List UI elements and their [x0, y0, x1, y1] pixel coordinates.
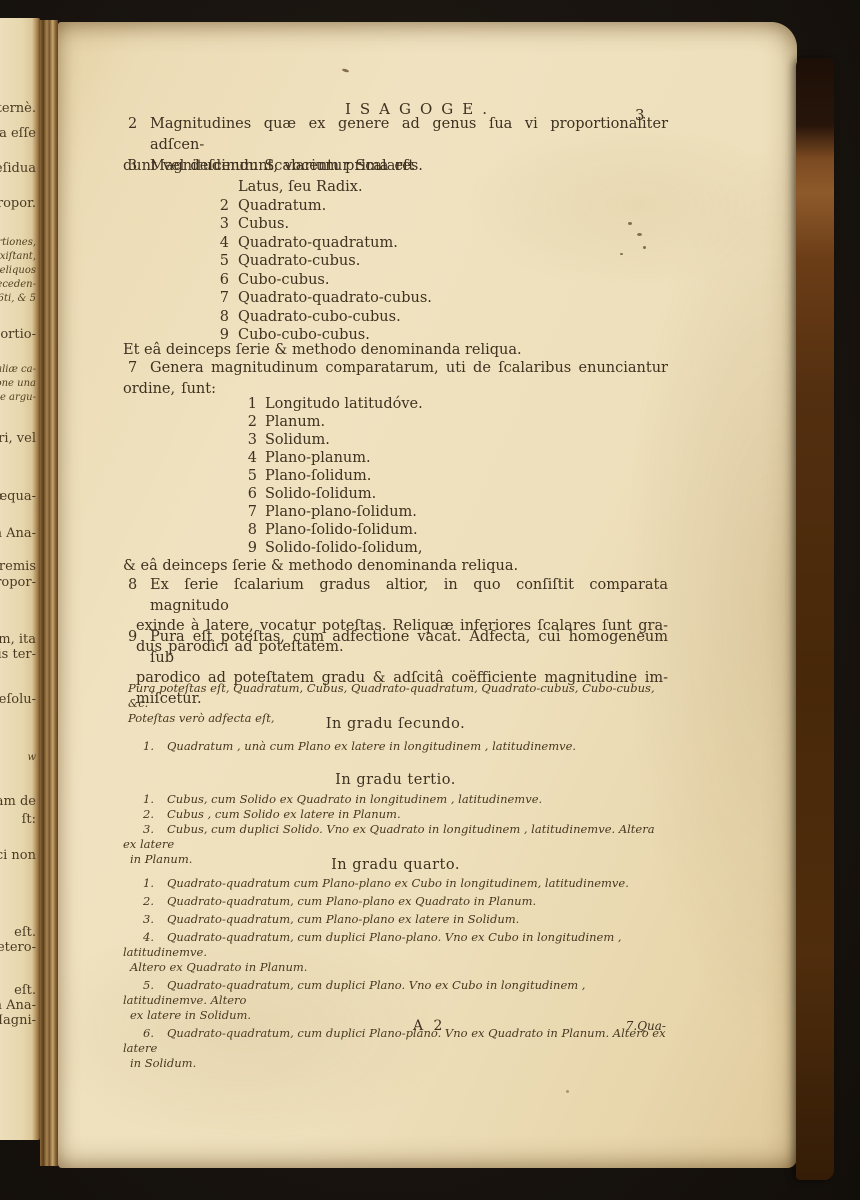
genera-magnitudes-list: 1Longitudo latitudóve. 2Planum. 3Solidum…: [123, 395, 668, 557]
marginalia: & alternè. , tota eſſe r, reſidua ſe pro…: [0, 0, 39, 1200]
marginal-note-fragment: iſtum aliæ ca-: [0, 364, 36, 375]
list-item: Latus, ſeu Radix.: [215, 178, 668, 197]
marginal-note-fragment: quoque argu-: [0, 392, 36, 403]
marginal-note-fragment: li hetero-: [0, 941, 36, 955]
scalar-magnitudes-list: Latus, ſeu Radix. 2Quadratum. 3Cubus. 4Q…: [123, 178, 668, 345]
paragraph-number: 9: [128, 627, 137, 648]
marginal-note-fragment: eſt.: [14, 984, 36, 998]
series-closing-line: & eâ deinceps ſerie & methodo denominand…: [123, 556, 518, 577]
list-item: 4Quadrato-quadratum.: [215, 234, 668, 253]
marginal-note-fragment: noſci non: [0, 849, 36, 863]
text-column: ISAGOGE. 3 2Magnitudines quæ ex genere a…: [123, 22, 668, 1168]
marginal-note-fragment: emis ter-: [0, 648, 36, 662]
marginal-note-fragment: diviſione una: [0, 378, 36, 389]
gradu-item: 1.Quadrato-quadratum cum Plano-plano ex …: [123, 876, 668, 891]
list-item: 7Quadrato-quadrato-cubus.: [215, 289, 668, 308]
list-item: 3Solidum.: [245, 431, 668, 449]
marginal-note-fragment: eſt.: [14, 926, 36, 940]
marginal-note-fragment: tari, vel: [0, 432, 36, 446]
marginal-note-fragment: ſt:: [22, 813, 36, 827]
paragraph-number: 2: [128, 114, 137, 135]
marginal-note-fragment: r, reſidua: [0, 162, 36, 176]
list-item: 5Quadrato-cubus.: [215, 252, 668, 271]
paragraph-3: 3Magnitudinum Scalarium prima eſt: [123, 156, 668, 177]
list-item: 6Solido-ſolidum.: [245, 485, 668, 503]
marginal-note-fragment: dem exiſtant,: [0, 251, 36, 262]
paragraph-line: Genera magnitudinum comparatarum, uti de…: [150, 360, 668, 376]
paragraph-number: 3: [128, 156, 137, 177]
marginal-note-fragment: libri 6ti, & 5: [0, 293, 36, 304]
list-item: 8Plano-ſolido-ſolidum.: [245, 521, 668, 539]
gradu-item: 1.Quadratum , unà cum Plano ex latere in…: [123, 739, 668, 754]
marginal-note-fragment: , & reliquos: [0, 265, 36, 276]
book-page: ISAGOGE. 3 2Magnitudines quæ ex genere a…: [58, 22, 797, 1168]
paragraph-number: 7: [128, 358, 137, 379]
gradu-secundo-items: 1.Quadratum , unà cum Plano ex latere in…: [123, 739, 668, 754]
marginal-note-fragment: in Ana-: [0, 527, 36, 541]
paragraph-line: Magnitudines quæ ex genere ad genus ſua …: [150, 116, 668, 153]
marginal-note-fragment: m anteceden-: [0, 279, 36, 290]
marginal-note-fragment: proportiones,: [0, 237, 36, 248]
marginal-note-fragment: extremis: [0, 560, 36, 574]
paragraph-7: 7Genera magnitudinum comparatarum, uti d…: [123, 358, 668, 400]
book-photo: & alternè. , tota eſſe r, reſidua ſe pro…: [0, 0, 860, 1200]
marginal-note-fragment: ndam, ita: [0, 633, 36, 647]
marginal-note-fragment: , reſolu-: [0, 693, 36, 707]
list-item: 2Quadratum.: [215, 197, 668, 216]
gradu-item: 5.Quadrato-quadratum, cum duplici Plano.…: [123, 978, 668, 1023]
list-item: 3Cubus.: [215, 215, 668, 234]
gradu-item: 2.Cubus , cum Solido ex latere in Planum…: [123, 807, 668, 822]
list-item: 9Solido-ſolido-ſolidum,: [245, 539, 668, 557]
list-item: 5Plano-ſolidum.: [245, 467, 668, 485]
gradu-item: 2.Quadrato-quadratum, cum Plano-plano ex…: [123, 894, 668, 909]
list-item: 8Quadrato-cubo-cubus.: [215, 308, 668, 327]
section-heading-gradu-quarto: In gradu quarto.: [123, 857, 668, 873]
gradu-tertio-items: 1.Cubus, cum Solido ex Quadrato in longi…: [123, 792, 668, 867]
paragraph-line: Ex ſerie ſcalarium gradus altior, in quo…: [150, 577, 668, 614]
page-gutter: [40, 20, 58, 1166]
section-heading-gradu-secundo: In gradu ſecundo.: [123, 716, 668, 732]
gradu-item: 6.Quadrato-quadratum, cum duplici Plano-…: [123, 1026, 668, 1071]
list-item: 4Plano-planum.: [245, 449, 668, 467]
marginal-note-fragment: t propor-: [0, 576, 36, 590]
book-fore-edge: [796, 58, 834, 1180]
gradu-quarto-items: 1.Quadrato-quadratum cum Plano-plano ex …: [123, 876, 668, 1074]
list-item: 2Planum.: [245, 413, 668, 431]
marginal-note-fragment: Magni-: [0, 1014, 36, 1028]
marginal-note-fragment: oportio-: [0, 328, 36, 342]
gradu-item: 4.Quadrato-quadratum, cum duplici Plano-…: [123, 930, 668, 975]
catchword: 7.Qua-: [626, 1019, 666, 1033]
marginal-note-fragment: & alternè.: [0, 102, 36, 116]
note-line: Pura poteſtas eſt, Quadratum, Cubus, Qua…: [128, 681, 668, 711]
marginal-note-fragment: ioniam de: [0, 795, 36, 809]
list-item: 1Longitudo latitudóve.: [245, 395, 668, 413]
marginal-note-fragment: rum Ana-: [0, 999, 36, 1013]
gradu-item: 3.Quadrato-quadratum, cum Plano-plano ex…: [123, 912, 668, 927]
section-heading-gradu-tertio: In gradu tertio.: [123, 772, 668, 788]
list-item: 7Plano-plano-ſolidum.: [245, 503, 668, 521]
paragraph-number: 8: [128, 575, 137, 596]
marginal-note-fragment: Te æqua-: [0, 490, 36, 504]
signature-mark: A 2: [413, 1018, 445, 1034]
marginal-note-fragment: ſe propor.: [0, 197, 36, 211]
paragraph-line: Pura eſt poteſtas, cùm adfectione vacat.…: [150, 629, 668, 666]
list-item: 6Cubo-cubus.: [215, 271, 668, 290]
marginal-note-fragment: , tota eſſe: [0, 127, 36, 141]
marginal-note-fragment: w: [27, 752, 36, 763]
paragraph-line: Magnitudinum Scalarium prima eſt: [150, 158, 414, 174]
gradu-item: 1.Cubus, cum Solido ex Quadrato in longi…: [123, 792, 668, 807]
